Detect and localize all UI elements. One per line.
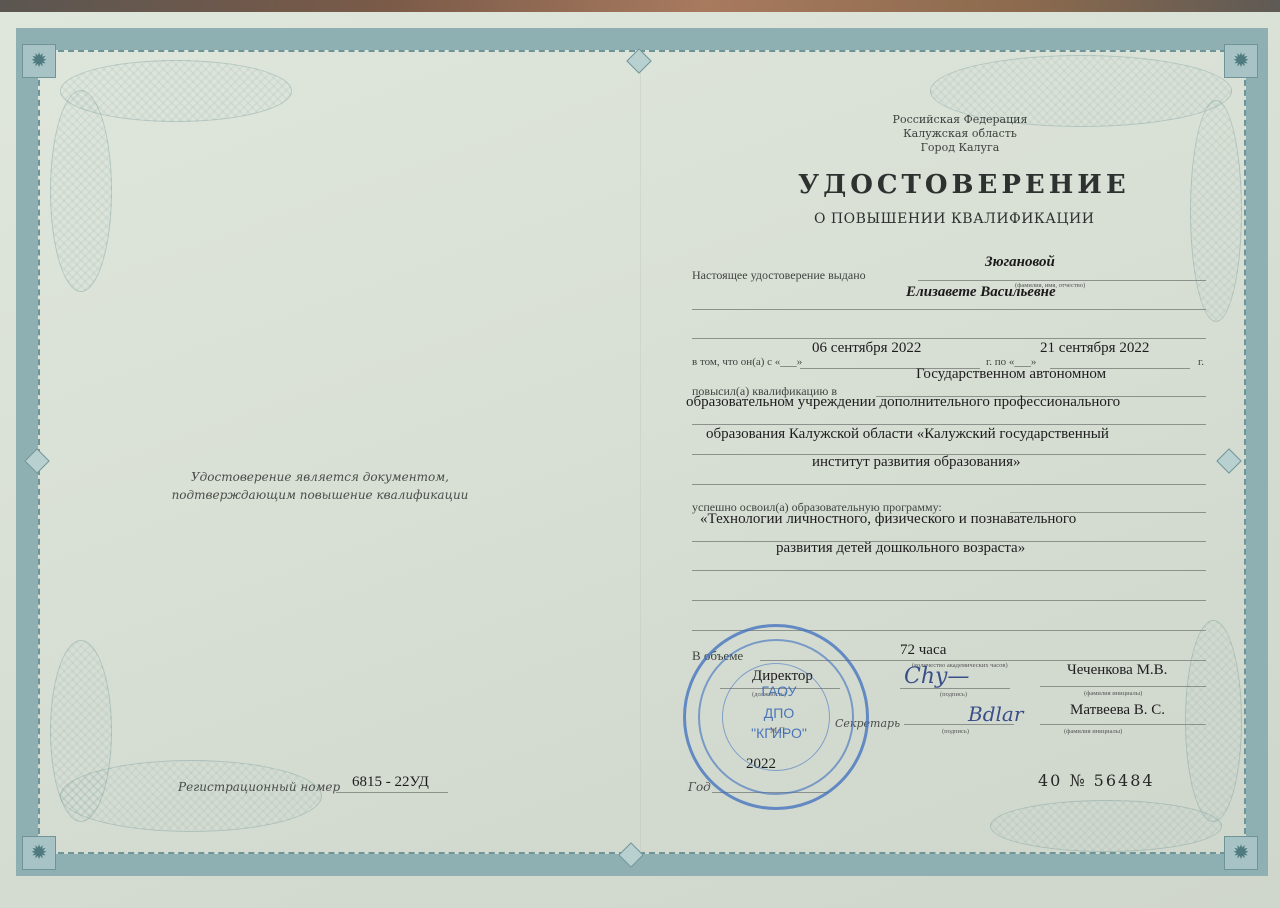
left-note: Удостоверение является документом, подтв… [160, 470, 480, 502]
period-to-date: 21 сентября 2022 [1040, 340, 1149, 357]
institution-line3: образования Калужской области «Калужский… [706, 426, 1109, 443]
period-label-prefix: в том, что он(а) с «___» [692, 356, 802, 368]
corner-ornament-icon: ✹ [22, 836, 56, 870]
institution-line2: образовательном учреждении дополнительно… [686, 394, 1120, 411]
stamp-line3: "КГИРО" [686, 725, 872, 741]
secretary-name: Матвеева В. С. [1070, 702, 1165, 719]
rule-line [692, 570, 1206, 571]
institution-line4: институт развития образования» [812, 454, 1021, 471]
director-signature: Сhy— [904, 664, 969, 689]
period-from-date: 06 сентября 2022 [812, 340, 921, 357]
institution-line1: Государственном автономном [916, 366, 1106, 383]
header-city: Город Калуга [810, 141, 1110, 154]
director-name-hint: (фамилия инициалы) [1084, 690, 1142, 697]
corner-ornament-icon: ✹ [1224, 836, 1258, 870]
serial-number: 40 № 56484 [1038, 771, 1155, 790]
secretary-name-rule [1040, 724, 1206, 725]
corner-ornament-icon: ✹ [1224, 44, 1258, 78]
issued-given-names: Елизавете Васильевне [906, 284, 1056, 301]
official-stamp: ГАОУ ДПО "КГИРО" [683, 624, 869, 810]
issued-rule [918, 280, 1206, 281]
director-signature-hint: (подпись) [940, 691, 967, 698]
reg-number-rule [336, 792, 448, 793]
guilloche-pattern [990, 800, 1222, 852]
center-fold [640, 50, 641, 850]
program-line1: «Технологии личностного, физического и п… [700, 511, 1076, 528]
rule-line [692, 424, 1206, 425]
period-label-suffix: г. [1198, 356, 1204, 368]
secretary-signature: Bdlar [968, 702, 1023, 726]
guilloche-pattern [50, 640, 112, 822]
corner-ornament-icon: ✹ [22, 44, 56, 78]
secretary-name-hint: (фамилия инициалы) [1064, 728, 1122, 735]
stamp-line1: ГАОУ [686, 683, 872, 699]
left-note-line1: Удостоверение является документом, [160, 470, 480, 484]
director-name: Чеченкова М.В. [1067, 662, 1167, 679]
issued-surname: Зюгановой [985, 254, 1055, 271]
secretary-signature-rule [904, 724, 1014, 725]
rule-line [692, 309, 1206, 310]
guilloche-pattern [1190, 100, 1242, 322]
year-label: Год [688, 780, 711, 794]
rule-line [692, 600, 1206, 601]
header-country: Российская Федерация [810, 113, 1110, 126]
guilloche-pattern [50, 90, 112, 292]
rule-line [692, 338, 1206, 339]
document-subtitle: О ПОВЫШЕНИИ КВАЛИФИКАЦИИ [814, 211, 1094, 227]
secretary-signature-hint: (подпись) [942, 728, 969, 735]
rule-line [692, 484, 1206, 485]
document-title: УДОСТОВЕРЕНИЕ [798, 170, 1130, 200]
stamp-line2: ДПО [686, 705, 872, 721]
left-note-line2: подтверждающим повышение квалификации [160, 488, 480, 502]
issued-label: Настоящее удостоверение выдано [692, 268, 866, 283]
volume-value: 72 часа [900, 642, 946, 659]
guilloche-pattern [1185, 620, 1242, 822]
reg-number-label: Регистрационный номер [178, 780, 340, 794]
director-name-rule [1040, 686, 1206, 687]
director-signature-rule [900, 688, 1010, 689]
program-line2: развития детей дошкольного возраста» [776, 540, 1025, 557]
header-region: Калужская область [810, 127, 1110, 140]
reg-number-value: 6815 - 22УД [352, 774, 429, 791]
